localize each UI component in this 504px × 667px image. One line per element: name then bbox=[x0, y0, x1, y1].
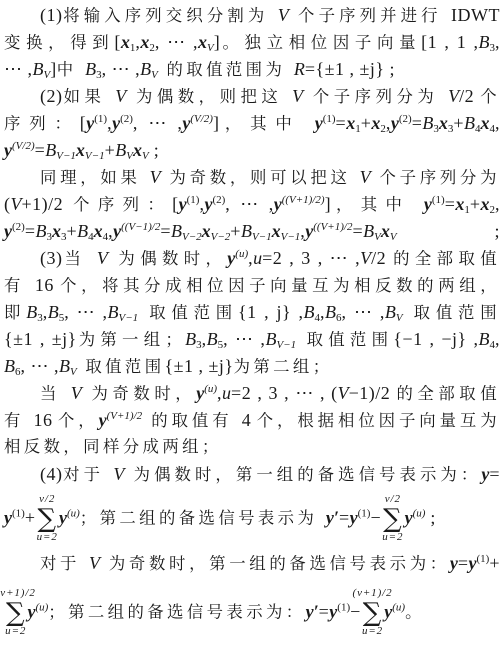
subscript: V bbox=[396, 312, 403, 324]
text-line: 对于 V 为奇数时，第一组的备选信号表示为：y=y(1)+ bbox=[4, 552, 500, 575]
chinese-text: 为第二组； bbox=[234, 357, 333, 376]
chinese-text: 当 bbox=[63, 249, 97, 268]
summation-upper-limit: (v+1)/2 bbox=[353, 588, 393, 599]
math-text: x bbox=[52, 221, 61, 241]
math-text: B bbox=[48, 302, 59, 322]
superscript: (2) bbox=[12, 221, 25, 233]
math-text: ; bbox=[425, 508, 436, 528]
math-text: +1)/2 bbox=[22, 194, 74, 214]
math-text: , bbox=[495, 113, 500, 133]
math-text: , ⋯ , bbox=[223, 329, 265, 349]
math-text: 4 bbox=[242, 410, 257, 430]
chinese-text: 为奇数时， bbox=[82, 384, 197, 403]
math-text: + bbox=[25, 508, 36, 528]
math-text: , ⋯ , bbox=[64, 302, 107, 322]
superscript: (1) bbox=[337, 602, 350, 614]
text-line: (1)将输入序列交织分割为 V 个子序列并进行 IDWT bbox=[4, 4, 500, 27]
math-text: x bbox=[272, 221, 281, 241]
text-line: (4)对于 V 为偶数时，第一组的备选信号表示为：y= bbox=[4, 463, 500, 486]
math-text: ⋯ , bbox=[4, 59, 33, 79]
math-text: + bbox=[470, 194, 481, 214]
math-text: V bbox=[115, 86, 126, 106]
summation-upper-limit: v/2 bbox=[385, 494, 401, 505]
math-text: V bbox=[278, 5, 289, 25]
math-text: B bbox=[140, 59, 151, 79]
math-text: [1 , 1 , bbox=[421, 32, 478, 52]
superscript: (1) bbox=[477, 553, 490, 565]
text-line: 同理，如果 V 为奇数，则可以把这 V 个子序列分为 bbox=[4, 166, 500, 189]
superscript: (2) bbox=[399, 113, 412, 125]
chinese-text: 的取值范围为 bbox=[158, 60, 294, 79]
text-line: 变换，得到[x1,x2, ⋯ ,xV]。独立相位因子向量[1 , 1 ,B3, bbox=[4, 31, 500, 54]
chinese-text: 取值范围 bbox=[77, 357, 165, 376]
chinese-text: 个子序列并进行 bbox=[289, 6, 451, 25]
math-text: B bbox=[77, 221, 88, 241]
text-line: B6, ⋯ ,BV 取值范围{±1 , ±j}为第二组； bbox=[4, 355, 500, 378]
chinese-text: 当 bbox=[40, 384, 71, 403]
math-text: B bbox=[26, 302, 37, 322]
math-text: , bbox=[495, 32, 500, 52]
math-text: = bbox=[352, 221, 363, 241]
math-text: B bbox=[464, 113, 475, 133]
math-text: + bbox=[66, 221, 77, 241]
subscript: V bbox=[126, 150, 133, 162]
sigma-symbol: ∑ bbox=[363, 600, 382, 626]
chinese-text: 的取值有 bbox=[142, 411, 242, 430]
subscript: V bbox=[207, 42, 214, 54]
math-text: B bbox=[115, 140, 126, 160]
chinese-text: ；第二组的备选信号表示为： bbox=[48, 603, 305, 622]
chinese-text: 个子序列分为 bbox=[303, 87, 448, 106]
math-text: y bbox=[4, 508, 12, 528]
sigma-symbol: ∑ bbox=[383, 506, 402, 532]
math-text: y bbox=[99, 410, 107, 430]
math-text: u bbox=[222, 383, 231, 403]
math-text: y bbox=[391, 113, 399, 133]
math-text: = bbox=[458, 553, 469, 573]
chinese-text: 将输入序列交织分割为 bbox=[63, 6, 278, 25]
math-text: , ⋯ , bbox=[133, 113, 182, 133]
chinese-text: 即 bbox=[4, 303, 26, 322]
math-text: x bbox=[198, 32, 207, 52]
chinese-text: 为偶数时， bbox=[108, 249, 227, 268]
text-line: 相反数，同样分成两组； bbox=[4, 436, 500, 458]
summation: (v+1)/2∑u=2 bbox=[363, 600, 382, 626]
superscript: (V+1)/2 bbox=[107, 410, 143, 422]
math-text: − bbox=[350, 602, 361, 622]
math-text: B bbox=[35, 221, 46, 241]
chinese-text: 中 bbox=[57, 60, 85, 79]
math-text: , ⋯ , bbox=[225, 194, 273, 214]
math-text: u bbox=[253, 248, 262, 268]
superscript: (u) bbox=[35, 602, 48, 614]
math-text: V bbox=[11, 194, 22, 214]
subscript: V−1 bbox=[119, 312, 139, 324]
math-text: V bbox=[448, 86, 459, 106]
text-line: {±1 , ±j}为第一组；B3,B5, ⋯ ,BV−1 取值范围{−1 , −… bbox=[4, 328, 500, 351]
subscript: V−1 bbox=[56, 150, 76, 162]
math-text: + bbox=[361, 113, 372, 133]
subscript: V−2 bbox=[182, 231, 202, 243]
math-text: B bbox=[59, 356, 70, 376]
math-text: B bbox=[185, 329, 196, 349]
chinese-text: 为奇数时，第一组的备选信号表示为： bbox=[100, 554, 450, 573]
chinese-text: 变换，得到 bbox=[4, 33, 114, 52]
chinese-text: 为奇数，则可以把这 bbox=[161, 168, 360, 187]
text-line: y(1)+v/2∑u=2y(u)；第二组的备选信号表示为 y′=y(1)−v/2… bbox=[4, 506, 500, 532]
chinese-text: 如果 bbox=[63, 87, 116, 106]
math-text: y bbox=[112, 113, 120, 133]
math-text: + bbox=[453, 113, 464, 133]
text-line: y(2)=B3x3+B4x4,y((V−1)/2=BV−2xV−2+BV−1xV… bbox=[4, 220, 500, 243]
math-text: B bbox=[4, 356, 15, 376]
chinese-text: 。独立相位因子向量 bbox=[220, 33, 421, 52]
math-text: B bbox=[479, 32, 490, 52]
chinese-text: 为第一组； bbox=[77, 330, 185, 349]
chinese-text: 取值范围 bbox=[138, 303, 238, 322]
math-text: ; bbox=[149, 140, 160, 160]
math-text: ; bbox=[397, 221, 500, 241]
math-text: y bbox=[450, 553, 458, 573]
math-text: y bbox=[405, 508, 413, 528]
chinese-text: 个 bbox=[480, 87, 500, 106]
math-text: y bbox=[179, 194, 187, 214]
math-text: − bbox=[370, 508, 381, 528]
chinese-text: 的全部取值 bbox=[396, 384, 500, 403]
math-text: V bbox=[292, 86, 303, 106]
chinese-text: 相反数，同样分成两组； bbox=[4, 437, 222, 456]
math-text: x bbox=[481, 113, 490, 133]
math-text: B bbox=[479, 329, 490, 349]
math-text: V bbox=[113, 464, 124, 484]
superscript: ((V+1)/2) bbox=[282, 194, 325, 206]
math-text: x bbox=[94, 221, 103, 241]
math-text: , bbox=[495, 194, 500, 214]
chinese-text: ；第二组的备选信号表示为 bbox=[80, 509, 326, 528]
math-text: = bbox=[336, 113, 347, 133]
math-text: x bbox=[202, 221, 211, 241]
math-text: + bbox=[489, 553, 500, 573]
math-text: = bbox=[319, 602, 330, 622]
superscript: ((V−1)/2 bbox=[121, 221, 160, 233]
math-text: = bbox=[489, 464, 500, 484]
summation-lower-limit: u=2 bbox=[37, 532, 58, 543]
math-text: = bbox=[339, 508, 350, 528]
chinese-text: 序列： bbox=[4, 114, 80, 133]
text-line: (3)当 V 为偶数时，y(u),u=2 , 3 , ⋯ ,V/2 的全部取值 bbox=[4, 247, 500, 270]
math-text: = bbox=[445, 194, 456, 214]
summation-lower-limit: u=2 bbox=[5, 626, 26, 637]
subscript: V bbox=[390, 231, 397, 243]
summation-upper-limit: (v+1)/2 bbox=[0, 588, 36, 599]
subscript: V bbox=[374, 231, 381, 243]
subscript: V−1 bbox=[281, 231, 301, 243]
chinese-text: 对于 bbox=[40, 554, 89, 573]
chinese-text: 。 bbox=[405, 603, 425, 622]
subscript: V bbox=[70, 366, 77, 378]
math-text: V bbox=[97, 248, 108, 268]
math-text: y bbox=[274, 194, 282, 214]
math-text: V bbox=[89, 553, 100, 573]
superscript: (1) bbox=[94, 113, 107, 125]
math-text: {1 , j} , bbox=[238, 302, 304, 322]
superscript: (V/2) bbox=[190, 113, 213, 125]
summation-lower-limit: u=2 bbox=[362, 626, 383, 637]
text-line: 当 V 为奇数时，y(u),u=2 , 3 , ⋯ , (V−1)/2 的全部取… bbox=[4, 382, 500, 405]
math-text: , ⋯ , bbox=[21, 356, 60, 376]
math-text: B bbox=[363, 221, 374, 241]
math-text: ={±1 , ±j} ; bbox=[305, 59, 395, 79]
chinese-text: 的全部取值 bbox=[393, 249, 500, 268]
chinese-text: 为偶数，则把这 bbox=[126, 87, 292, 106]
math-text: x bbox=[439, 113, 448, 133]
math-text: , ⋯ , bbox=[155, 32, 198, 52]
math-text: x bbox=[381, 221, 390, 241]
math-text: −1)/2 bbox=[349, 383, 397, 403]
superscript: (u) bbox=[413, 508, 426, 520]
math-text: (4) bbox=[40, 464, 63, 484]
math-text: 16 bbox=[33, 410, 58, 430]
math-text: B bbox=[108, 302, 119, 322]
math-text: x bbox=[346, 113, 355, 133]
chinese-text: 个子序列分为 bbox=[371, 168, 500, 187]
summation-lower-limit: u=2 bbox=[382, 532, 403, 543]
sigma-symbol: ∑ bbox=[6, 600, 25, 626]
text-line: 即B3,B5, ⋯ ,BV−1 取值范围{1 , j} ,B4,B6, ⋯ ,B… bbox=[4, 301, 500, 324]
superscript: (2) bbox=[212, 194, 225, 206]
math-text: =2 , 3 , ⋯ , ( bbox=[231, 383, 338, 403]
math-text: B bbox=[33, 59, 44, 79]
math-text: y bbox=[113, 221, 121, 241]
chinese-text: 个序列： bbox=[73, 195, 172, 214]
superscript: (1) bbox=[358, 508, 371, 520]
math-text: (1) bbox=[40, 5, 63, 25]
math-text: IDWT bbox=[451, 5, 500, 25]
superscript: (u) bbox=[204, 383, 217, 395]
summation: v/2∑u=2 bbox=[383, 506, 402, 532]
text-line: 序列：[y(1),y(2), ⋯ ,y(V/2)]，其中 y(1)=x1+x2,… bbox=[4, 112, 500, 135]
chinese-text: ，其中 bbox=[331, 195, 424, 214]
math-text: y bbox=[350, 508, 358, 528]
math-text: y′ bbox=[306, 602, 319, 622]
math-text: x bbox=[76, 140, 85, 160]
chinese-text: 有 bbox=[4, 411, 33, 430]
text-line: 有 16 个，y(V+1)/2 的取值有 4 个，根据相位因子向量互为 bbox=[4, 409, 500, 432]
superscript: (u) bbox=[67, 508, 80, 520]
math-text: B bbox=[422, 113, 433, 133]
math-text: x bbox=[481, 194, 490, 214]
subscript: V−1 bbox=[85, 150, 105, 162]
subscript: V−1 bbox=[276, 339, 296, 351]
summation: v/2∑u=2 bbox=[37, 506, 56, 532]
math-text: y bbox=[4, 221, 12, 241]
math-text: y bbox=[469, 553, 477, 573]
subscript: V−1 bbox=[252, 231, 272, 243]
text-line: y(V/2)=BV−1xV−1+BVxV ; bbox=[4, 139, 500, 162]
math-text: {±1 , ±j} bbox=[165, 356, 234, 376]
chinese-text: 取值范围 bbox=[403, 303, 500, 322]
subscript: V bbox=[151, 69, 158, 81]
math-text: B bbox=[265, 329, 276, 349]
math-text: B bbox=[207, 329, 218, 349]
math-text: V bbox=[360, 167, 371, 187]
subscript: V bbox=[142, 150, 149, 162]
math-text: B bbox=[304, 302, 315, 322]
math-text: B bbox=[385, 302, 396, 322]
superscript: (1) bbox=[432, 194, 445, 206]
math-text: = bbox=[35, 140, 46, 160]
superscript: (1) bbox=[187, 194, 200, 206]
math-text: y bbox=[315, 113, 323, 133]
math-text: B bbox=[45, 140, 56, 160]
chinese-text: 取值范围 bbox=[296, 330, 393, 349]
math-text: , ⋯ , bbox=[102, 59, 141, 79]
chinese-text: 个，将其分成相位因子向量互为相反数的两组， bbox=[60, 276, 500, 295]
text-line: (v+1)/2∑u=2y(u)；第二组的备选信号表示为：y′=y(1)−(v+1… bbox=[4, 600, 500, 626]
math-text: V bbox=[338, 383, 349, 403]
chinese-text: 有 bbox=[4, 276, 35, 295]
math-text: + bbox=[105, 140, 116, 160]
summation-upper-limit: v/2 bbox=[39, 494, 55, 505]
math-text: B bbox=[171, 221, 182, 241]
math-text: x bbox=[455, 194, 464, 214]
superscript: (1) bbox=[12, 508, 25, 520]
math-text: 16 bbox=[35, 275, 60, 295]
math-text: (3) bbox=[40, 248, 63, 268]
math-text: R bbox=[294, 59, 305, 79]
math-text: + bbox=[230, 221, 241, 241]
superscript: (V/2) bbox=[12, 140, 35, 152]
math-text: B bbox=[325, 302, 336, 322]
superscript: (2) bbox=[120, 113, 133, 125]
math-text: /2 bbox=[371, 248, 393, 268]
math-text: x bbox=[133, 140, 142, 160]
chinese-text: 个， bbox=[58, 411, 99, 430]
math-text: V bbox=[150, 167, 161, 187]
text-line: 有 16 个，将其分成相位因子向量互为相反数的两组， bbox=[4, 274, 500, 297]
math-text: V bbox=[360, 248, 371, 268]
math-text: y bbox=[4, 140, 12, 160]
math-text: (2) bbox=[40, 86, 63, 106]
superscript: (u) bbox=[392, 602, 405, 614]
sigma-symbol: ∑ bbox=[37, 506, 56, 532]
math-text: x bbox=[371, 113, 380, 133]
math-text: B bbox=[85, 59, 96, 79]
text-line: (2)如果 V 为偶数，则把这 V 个子序列分为 V/2 个 bbox=[4, 85, 500, 108]
chinese-text: 对于 bbox=[63, 465, 114, 484]
math-text: y′ bbox=[326, 508, 339, 528]
chinese-text: 为偶数时，第一组的备选信号表示为： bbox=[124, 465, 481, 484]
text-line: ⋯ ,BV]中 B3, ⋯ ,BV 的取值范围为 R={±1 , ±j} ; bbox=[4, 58, 500, 81]
superscript: (u) bbox=[235, 248, 248, 260]
math-text: = bbox=[412, 113, 423, 133]
math-text: , bbox=[495, 329, 500, 349]
math-text: {±1 , ±j} bbox=[4, 329, 77, 349]
text-line: (V+1)/2 个序列：[y(1),y(2), ⋯ ,y((V+1)/2)]，其… bbox=[4, 193, 500, 216]
chinese-text: 同理，如果 bbox=[40, 168, 150, 187]
chinese-text: ，其中 bbox=[219, 114, 314, 133]
math-text: y bbox=[59, 508, 67, 528]
math-text: , ⋯ , bbox=[342, 302, 385, 322]
math-text: {−1 , −j} , bbox=[393, 329, 478, 349]
math-text: y bbox=[424, 194, 432, 214]
summation: (v+1)/2∑u=2 bbox=[6, 600, 25, 626]
superscript: ((V+1)/2 bbox=[313, 221, 352, 233]
math-text: = bbox=[25, 221, 36, 241]
math-text: x bbox=[121, 32, 130, 52]
math-text: = bbox=[160, 221, 171, 241]
chinese-text: 个，根据相位因子向量互为 bbox=[257, 411, 500, 430]
math-text: =2 , 3 , ⋯ , bbox=[262, 248, 360, 268]
math-text: V bbox=[71, 383, 82, 403]
subscript: V−2 bbox=[211, 231, 231, 243]
math-text: B bbox=[241, 221, 252, 241]
superscript: (1) bbox=[323, 113, 336, 125]
math-text: /2 bbox=[459, 86, 480, 106]
